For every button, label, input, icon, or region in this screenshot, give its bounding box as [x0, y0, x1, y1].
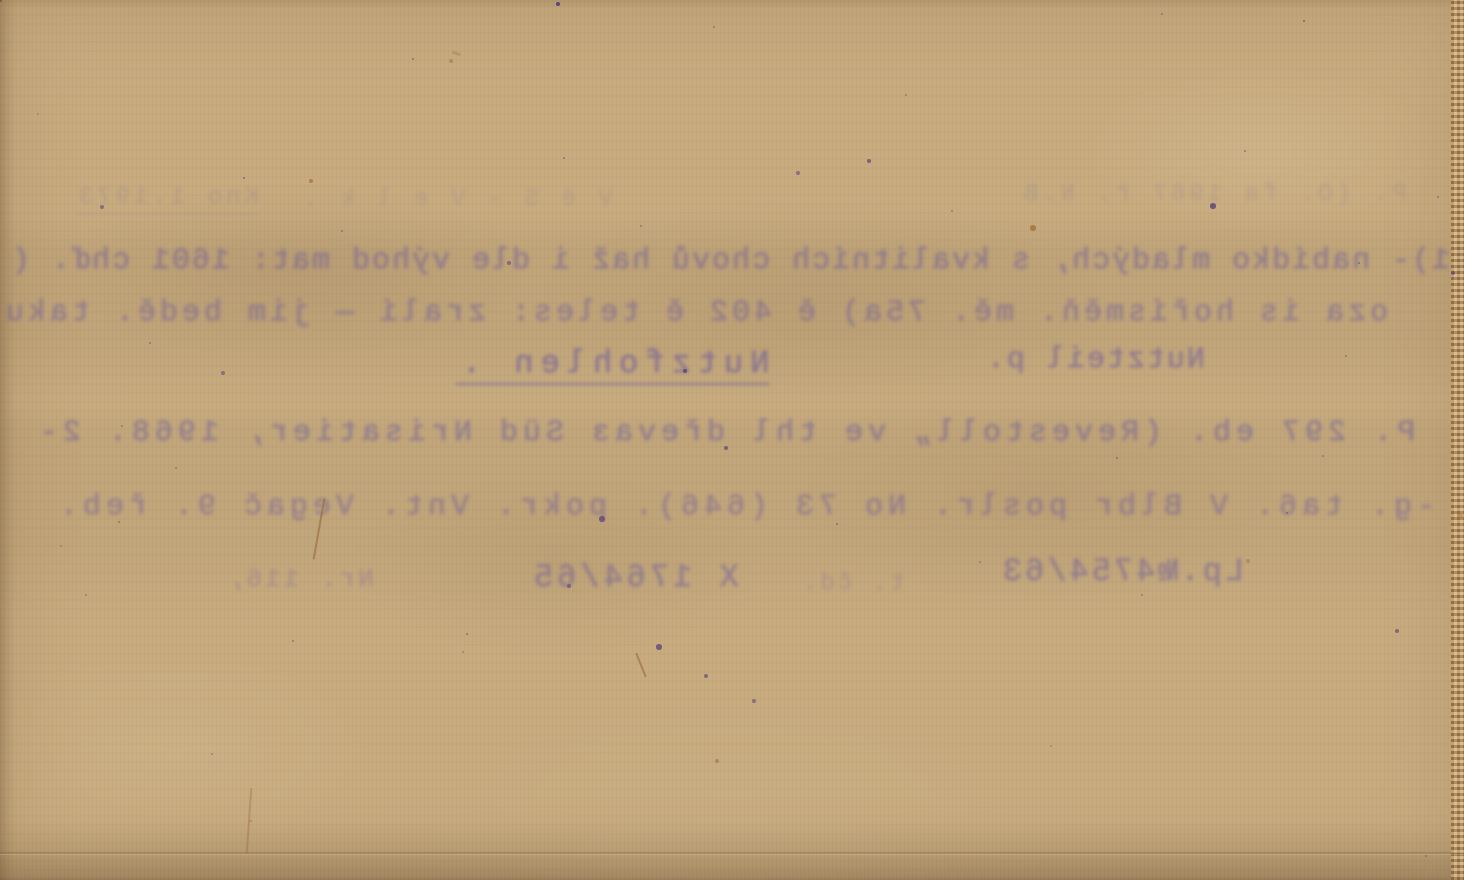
- bleed-text-line-4-right: Nutzteil p.: [985, 345, 1205, 375]
- bleed-text-line-6: -g. ta6. V Blbr poslr. No 73 (646). pokr…: [55, 492, 1435, 522]
- paper-specks: [0, 0, 2, 2]
- paper-fiber: [246, 788, 253, 854]
- paper-fiber: [452, 51, 461, 57]
- bleed-text-line-4-underlined: Nutzfohlen .: [455, 348, 769, 385]
- fold-crease: [0, 852, 1464, 854]
- paper-fiber: [635, 653, 647, 678]
- bleed-text-header-left: Kno 1.1973: [75, 186, 259, 215]
- bleed-text-line-2: ř. (1)- nabídko mladých, s kvalitních ch…: [10, 246, 1464, 276]
- bleed-text-ref-right: Lp.№4754/63: [1000, 556, 1244, 588]
- bleed-text-ref-mid2: t. čd.: [800, 572, 904, 596]
- bleed-text-header-mid: V ě S - V e l k .: [300, 188, 613, 212]
- aged-card-back: Kno 1.1973 V ě S - V e l k . P. (O. fa 1…: [0, 0, 1464, 880]
- bleed-text-ref-mid: X 1764/65: [530, 562, 739, 594]
- bleed-text-ref-left: Nr. 116,: [225, 566, 374, 592]
- bleed-text-line-5: P. 297 eb. (Revestoll„ ve thl dřevaз Süd…: [35, 418, 1415, 448]
- bleed-text-header-right: P. (O. fa 1967 ř. N.B: [1020, 183, 1406, 207]
- bleed-text-line-3: oza is hořísměň. mě. 75a) ě 402 ě teles:…: [2, 298, 1388, 328]
- woven-edge-strip: [1451, 0, 1464, 880]
